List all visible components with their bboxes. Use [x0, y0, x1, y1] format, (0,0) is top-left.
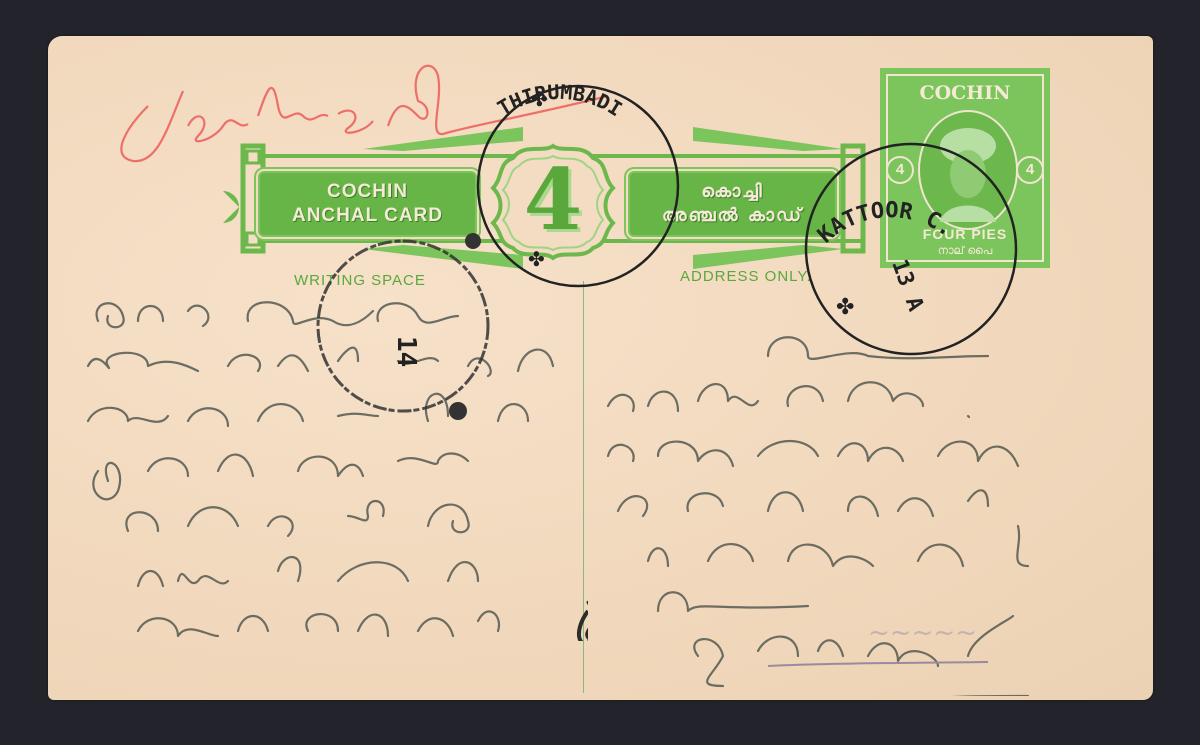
- svg-text:KATTOOR C.: KATTOOR C.: [813, 198, 957, 248]
- svg-text:14: 14: [391, 336, 421, 367]
- svg-text:~~~~~: ~~~~~: [868, 618, 977, 648]
- handwritten-address: ~~~~~: [588, 306, 1148, 696]
- postmark-right: KATTOOR C. 13 A ✤: [796, 134, 1026, 364]
- svg-text:✤: ✤: [531, 89, 548, 111]
- svg-text:13 A: 13 A: [886, 256, 928, 314]
- postal-card: checked COCHIN ANCHAL CARD കൊച്ചി അഞ്ചൽ …: [48, 36, 1153, 700]
- svg-text:THIRUMBADI: THIRUMBADI: [493, 80, 626, 121]
- stamp-top-label: COCHIN: [888, 82, 1042, 104]
- postmark-left: 14: [293, 216, 513, 436]
- svg-text:✤: ✤: [528, 249, 545, 271]
- svg-text:✤: ✤: [836, 294, 854, 319]
